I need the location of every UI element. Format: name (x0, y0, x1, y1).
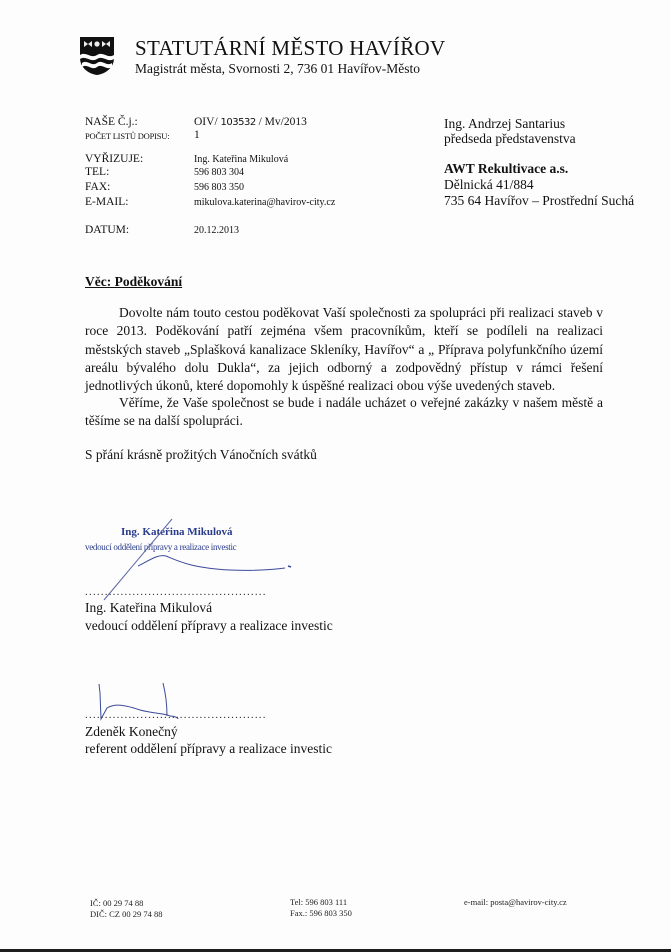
footer-fax: Fax.: 596 803 350 (290, 908, 352, 918)
footer-email[interactable]: e-mail: posta@havirov-city.cz (464, 897, 567, 907)
footer-dic: DIČ: CZ 00 29 74 88 (90, 909, 163, 919)
handwritten-signature-2 (0, 0, 671, 952)
signature-line-2: ........................................… (85, 709, 267, 721)
footer-ic: IČ: 00 29 74 88 (90, 898, 143, 908)
signatory-2-name: Zdeněk Konečný (85, 724, 178, 740)
footer-tel: Tel: 596 803 111 (290, 897, 347, 907)
signatory-2-role: referent oddělení přípravy a realizace i… (85, 741, 332, 757)
